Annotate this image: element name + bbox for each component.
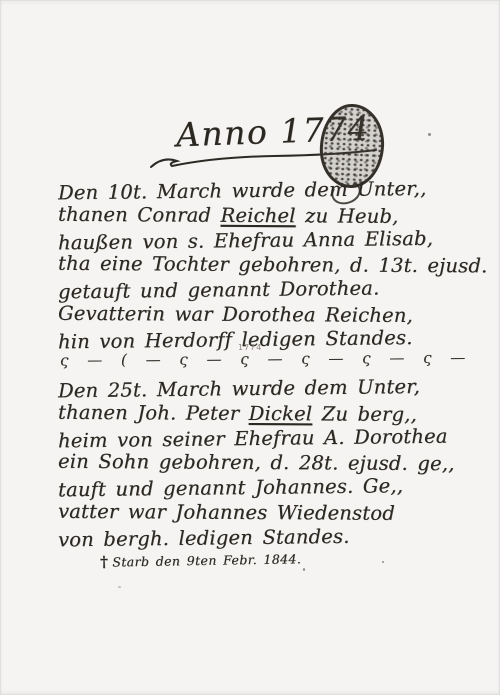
ink-speck: [382, 561, 384, 563]
record-line: tauft und genannt Johannes. Ge,,: [58, 474, 450, 504]
record-line-text: Zu berg,,: [312, 402, 417, 426]
birth-record-entry-1: Den 10t. March wurde dem Unter,, thanen …: [58, 179, 450, 353]
record-line: von bergh. ledigen Standes.: [58, 523, 450, 553]
record-line: Gevatterin war Dorothea Reichen,: [58, 302, 450, 329]
record-line-text: thanen Conrad: [58, 203, 221, 227]
record-line: vatter war Johannes Wiedenstod: [58, 500, 450, 527]
record-line: getauft und genannt Dorothea.: [58, 276, 450, 306]
section-divider-squiggles: ς — ( — ς — ς — ς — ς — ς —: [60, 349, 448, 370]
document-scan: Anno 1774 Den 10t. March wurde dem Unter…: [0, 0, 500, 695]
record-line: thanen Joh. Peter Dickel Zu berg,,: [58, 401, 450, 428]
record-line: tha eine Tochter gebohren, d. 13t. ejusd…: [58, 252, 450, 279]
surname-underlined: Reichel: [220, 204, 295, 227]
birth-record-entry-2: Den 25t. March wurde dem Unter, thanen J…: [58, 377, 450, 551]
record-line: Den 25t. March wurde dem Unter,: [58, 375, 450, 405]
ink-speck: [428, 133, 431, 136]
record-line-text: zu Heub,: [296, 204, 399, 228]
record-line: Den 10t. March wurde dem Unter,,: [58, 177, 450, 207]
ink-speck: [303, 568, 305, 571]
death-footnote-text: Starb den 9ten Febr. 1844.: [112, 551, 301, 569]
cross-icon: †: [100, 553, 109, 571]
surname-underlined: Dickel: [249, 402, 313, 425]
ink-speck: [118, 586, 121, 588]
record-line-text: thanen Joh. Peter: [58, 401, 249, 425]
record-line: ein Sohn gebohren, d. 28t. ejusd. ge,,: [58, 450, 450, 477]
record-line: thanen Conrad Reichel zu Heub,: [58, 203, 450, 230]
death-footnote: †Starb den 9ten Febr. 1844.: [100, 549, 301, 571]
